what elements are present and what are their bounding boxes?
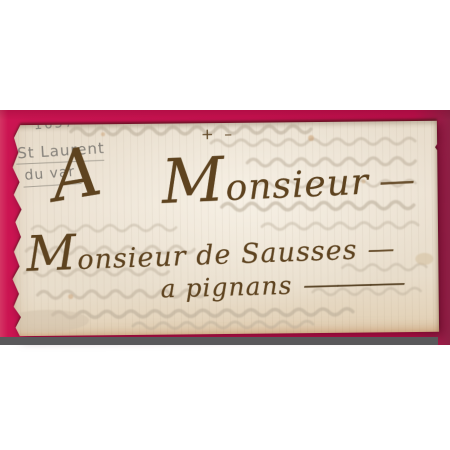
- flourished-initial-a: A: [47, 141, 106, 210]
- photo-pink-mat: 1657 St Laurent du var + – A Monsieur— M…: [0, 110, 450, 345]
- address-line1-text: Monsieur: [160, 146, 369, 210]
- letter-paper: 1657 St Laurent du var + – A Monsieur— M…: [11, 121, 439, 336]
- photo-bottom-shadow-strip: [0, 337, 438, 345]
- cross-mark: + –: [201, 128, 235, 142]
- address-line3-text: a pignans: [160, 275, 292, 301]
- address-line2-dash: —: [367, 237, 393, 262]
- address-line3-dash: ———: [302, 272, 402, 297]
- paper-surface: 1657 St Laurent du var + – A Monsieur— M…: [11, 121, 439, 336]
- address-line1: Monsieur—: [160, 144, 413, 210]
- address-line1-dash: —: [378, 165, 413, 199]
- page: { "colors": { "page_background": "#fffff…: [0, 0, 450, 450]
- address-line3: a pignans———: [160, 273, 368, 301]
